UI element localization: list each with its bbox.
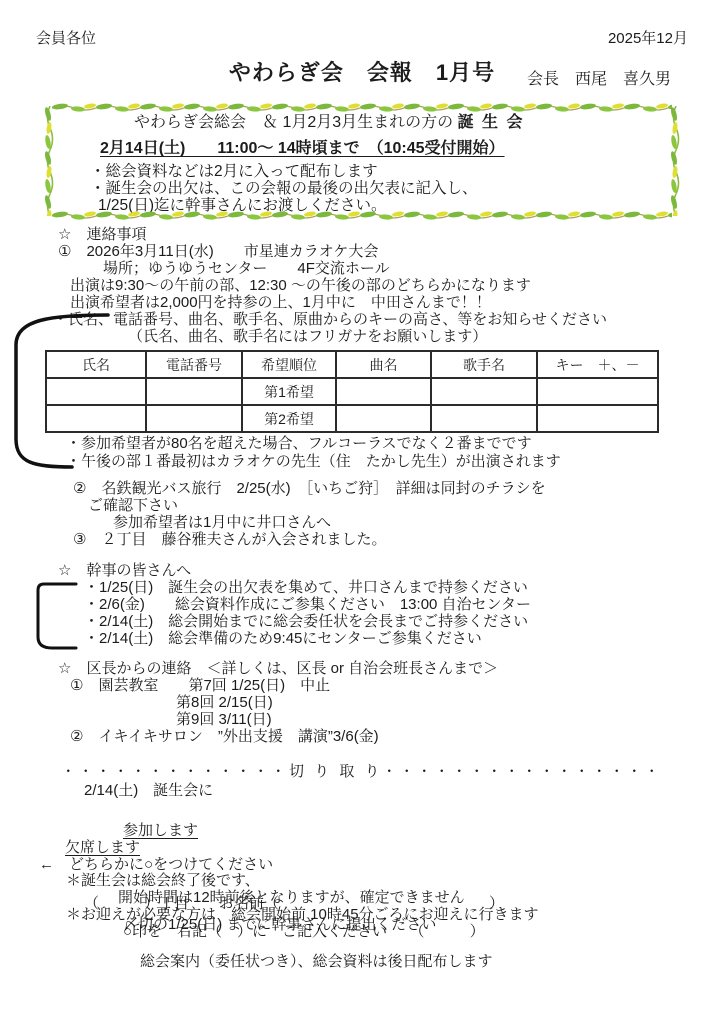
- notice-bullets: ・総会資料などは2月に入って配布します ・誕生会の出欠は、この会報の最後の出欠表…: [42, 163, 682, 214]
- footnote-1b: 開始時間は12時前後となりますが、確定できません: [0, 889, 724, 906]
- cut-dots-left: ・・・・・・・・・・・・・: [61, 764, 289, 779]
- footnote-1: ＊誕生会は総会終了後です、: [0, 872, 724, 889]
- ward-section: ☆ 区長からの連絡 ＜詳しくは、区長 or 自治会班長さんまで＞ ① 園芸教室 …: [0, 660, 724, 745]
- contact-items-2-3: ② 名鉄観光バス旅行 2/25(水) ［いちご狩］ 詳細は同封のチラシを ご確認…: [0, 480, 724, 548]
- form-event-line: 2/14(土) 誕生会に: [0, 782, 724, 799]
- cell-preference-1: 第1希望: [242, 378, 336, 405]
- cell-name-1: [46, 378, 146, 405]
- page-title: やわらぎ会 会報 1月号: [229, 56, 495, 87]
- cell-song-1: [336, 378, 431, 405]
- chairman-name: 会長 西尾 喜久男: [527, 66, 671, 89]
- table-notes: ・参加希望者が80名を超えた場合、フルコーラスでなく２番までです ・午後の部１番…: [0, 435, 724, 471]
- bus-trip-line: ② 名鉄観光バス旅行 2/25(水) ［いちご狩］ 詳細は同封のチラシを: [0, 480, 724, 497]
- general-meeting-notice-box: やわらぎ会総会 ＆ 1月2月3月生まれの方の 誕 生 会 2月14日(土) 11…: [42, 100, 682, 222]
- table-row: 第1希望: [46, 378, 658, 405]
- gardening-class-line-2: 第8回 2/15(日): [0, 694, 724, 711]
- vine-border-left: [42, 106, 56, 216]
- cell-singer-2: [431, 405, 537, 432]
- footnotes-section: ＊誕生会は総会終了後です、 開始時間は12時前後となりますが、確定できません ＊…: [0, 872, 724, 940]
- karaoke-fee-line: 出演希望者は2,000円を持参の上、1月中に 中田さんまで！！: [0, 294, 724, 311]
- notice-heading-birthday: 誕 生 会: [458, 114, 525, 131]
- vine-border-top: [52, 100, 672, 114]
- cell-preference-2: 第2希望: [242, 405, 336, 432]
- choice-instruction: ← どちらかに○をつけてください: [39, 856, 273, 873]
- col-song: 曲名: [336, 351, 431, 378]
- stewards-line-3: ・2/14(土) 総会開始までに総会委任状を会長までご持参ください: [0, 613, 724, 630]
- col-preference: 希望順位: [242, 351, 336, 378]
- salon-line: ② イキイキサロン ”外出支援 講演”3/6(金): [0, 728, 724, 745]
- cell-phone-2: [146, 405, 242, 432]
- newsletter-page: 会員各位 2025年12月 やわらぎ会 会報 1月号 会長 西尾 喜久男 やわら…: [0, 0, 724, 1024]
- cell-song-2: [336, 405, 431, 432]
- bus-trip-line-2: ご確認下さい: [0, 497, 724, 514]
- col-name: 氏名: [46, 351, 146, 378]
- stewards-line-2: ・2/6(金) 総会資料作成にご参集ください 13:00 自治センター: [0, 596, 724, 613]
- karaoke-time-line: 出演は9:30～の午前の部、12:30 ～の午後の部のどちらかになります: [0, 277, 724, 294]
- karaoke-furigana-line: （氏名、曲名、歌手名にはフリガナをお願いします）: [0, 328, 724, 345]
- vine-border-right: [668, 106, 682, 216]
- table-note-2: ・午後の部１番最初はカラオケの先生（住 たかし先生）が出演されます: [0, 453, 724, 471]
- notice-datetime: 2月14日(土) 11:00～ 14時頃まで （10:45受付開始）: [42, 139, 682, 159]
- col-singer: 歌手名: [431, 351, 537, 378]
- contact-heading: ☆ 連絡事項: [0, 226, 724, 243]
- notice-heading-main: やわらぎ会総会 ＆ 1月2月3月生まれの方の: [134, 114, 458, 131]
- table-note-1: ・参加希望者が80名を超えた場合、フルコーラスでなく２番までです: [0, 435, 724, 453]
- ward-heading: ☆ 区長からの連絡 ＜詳しくは、区長 or 自治会班長さんまで＞: [0, 660, 724, 677]
- stewards-heading: ☆ 幹事の皆さんへ: [0, 562, 724, 579]
- new-member-line: ③ ２丁目 藤谷雅夫さんが入会されました。: [0, 531, 724, 548]
- cut-line: ・・・・・・・・・・・・・切 り 取 り・・・・・・・・・・・・・・・・: [0, 760, 724, 781]
- notice-bullet-2: ・誕生会の出欠は、この会報の最後の出欠表に記入し、: [42, 180, 682, 197]
- recipient-label: 会員各位: [36, 30, 96, 47]
- notice-bullet-1: ・総会資料などは2月に入って配布します: [42, 163, 682, 180]
- footnote-2: ＊お迎えが必要な方は 総会開始前 10時45分ごろにお迎えに行きます: [0, 906, 724, 923]
- cut-dots-right: ・・・・・・・・・・・・・・・・: [383, 764, 663, 779]
- cut-label: 切 り 取 り: [289, 763, 383, 780]
- issue-date: 2025年12月: [608, 30, 688, 47]
- col-phone: 電話番号: [146, 351, 242, 378]
- col-key: キー ＋、－: [537, 351, 658, 378]
- karaoke-place-line: 場所；ゆうゆうセンター 4F交流ホール: [0, 260, 724, 277]
- footnote-2b: ○印を 右記（ ）に ご記入ください （ ）: [0, 923, 724, 940]
- vine-border-bottom: [52, 208, 672, 222]
- karaoke-entry-table: 氏名 電話番号 希望順位 曲名 歌手名 キー ＋、－ 第1希望 第2希望: [45, 350, 659, 433]
- attend-option: 参加します: [25, 822, 198, 839]
- karaoke-event-line: ① 2026年3月11日(水) 市星連カラオケ大会: [0, 243, 724, 260]
- absent-option: 欠席します: [65, 839, 140, 856]
- gardening-class-line-3: 第9回 3/11(日): [0, 711, 724, 728]
- stewards-line-1: ・1/25(日) 誕生会の出欠表を集めて、井口さんまで持参ください: [0, 579, 724, 596]
- footer-section: 総会案内（委任状つき）、総会資料は後日配布します: [0, 953, 724, 970]
- footer-note: 総会案内（委任状つき）、総会資料は後日配布します: [0, 953, 724, 970]
- cell-phone-1: [146, 378, 242, 405]
- karaoke-info-line: ・氏名、電話番号、曲名、歌手名、原曲からのキーの高さ、等をお知らせください: [0, 311, 724, 328]
- contact-section: ☆ 連絡事項 ① 2026年3月11日(水) 市星連カラオケ大会 場所；ゆうゆう…: [0, 226, 724, 345]
- cell-key-1: [537, 378, 658, 405]
- cell-name-2: [46, 405, 146, 432]
- table-header-row: 氏名 電話番号 希望順位 曲名 歌手名 キー ＋、－: [46, 351, 658, 378]
- cell-key-2: [537, 405, 658, 432]
- table-row: 第2希望: [46, 405, 658, 432]
- bus-trip-line-3: 参加希望者は1月中に井口さんへ: [0, 514, 724, 531]
- stewards-line-4: ・2/14(土) 総会準備のため9:45にセンターご参集ください: [0, 630, 724, 647]
- gardening-class-line-1: ① 園芸教室 第7回 1/25(日) 中止: [0, 677, 724, 694]
- cell-singer-1: [431, 378, 537, 405]
- stewards-section: ☆ 幹事の皆さんへ ・1/25(日) 誕生会の出欠表を集めて、井口さんまで持参く…: [0, 562, 724, 647]
